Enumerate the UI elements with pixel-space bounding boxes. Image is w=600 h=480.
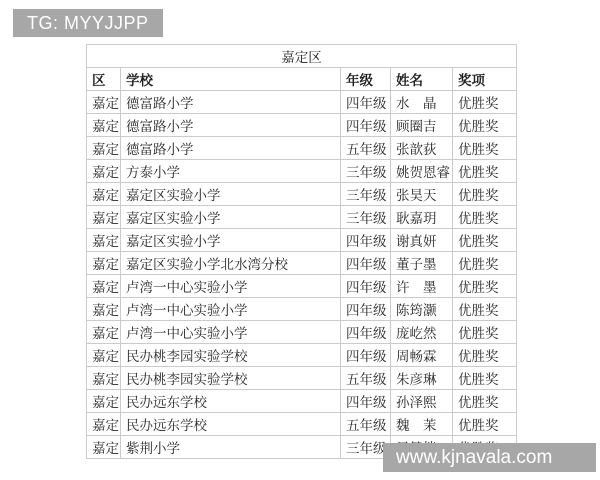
website-watermark: www.kjnavala.com [383,443,596,472]
cell-school: 卢湾一中心实验小学 [121,298,341,321]
table-row: 嘉定德富路小学四年级顾圈吉优胜奖 [87,114,517,137]
cell-district: 嘉定 [87,390,121,413]
table-row: 嘉定卢湾一中心实验小学四年级庞屹然优胜奖 [87,321,517,344]
cell-district: 嘉定 [87,436,121,459]
cell-grade: 三年级 [341,160,391,183]
cell-school: 方泰小学 [121,160,341,183]
cell-award: 优胜奖 [453,275,517,298]
cell-district: 嘉定 [87,252,121,275]
award-table-container: 嘉定区 区 学校 年级 姓名 奖项 嘉定德富路小学四年级水 晶优胜奖嘉定德富路小… [86,44,516,459]
cell-award: 优胜奖 [453,91,517,114]
cell-grade: 四年级 [341,275,391,298]
table-row: 嘉定嘉定区实验小学三年级耿嘉玥优胜奖 [87,206,517,229]
cell-district: 嘉定 [87,91,121,114]
cell-district: 嘉定 [87,160,121,183]
cell-name: 许 墨 [391,275,453,298]
cell-school: 卢湾一中心实验小学 [121,275,341,298]
cell-name: 庞屹然 [391,321,453,344]
header-grade: 年级 [341,68,391,91]
cell-district: 嘉定 [87,413,121,436]
cell-name: 陈筠灏 [391,298,453,321]
cell-school: 卢湾一中心实验小学 [121,321,341,344]
table-row: 嘉定嘉定区实验小学北水湾分校四年级董子墨优胜奖 [87,252,517,275]
cell-name: 谢真妍 [391,229,453,252]
title-row: 嘉定区 [87,45,517,68]
cell-grade: 五年级 [341,413,391,436]
cell-school: 德富路小学 [121,137,341,160]
cell-name: 水 晶 [391,91,453,114]
table-row: 嘉定卢湾一中心实验小学四年级陈筠灏优胜奖 [87,298,517,321]
table-row: 嘉定民办远东学校四年级孙泽熙优胜奖 [87,390,517,413]
cell-name: 孙泽熙 [391,390,453,413]
table-row: 嘉定民办远东学校五年级魏 茉优胜奖 [87,413,517,436]
award-table: 嘉定区 区 学校 年级 姓名 奖项 嘉定德富路小学四年级水 晶优胜奖嘉定德富路小… [86,44,517,459]
table-title: 嘉定区 [87,45,517,68]
cell-school: 民办桃李园实验学校 [121,344,341,367]
table-row: 嘉定德富路小学四年级水 晶优胜奖 [87,91,517,114]
cell-school: 民办远东学校 [121,413,341,436]
cell-district: 嘉定 [87,275,121,298]
table-body: 嘉定德富路小学四年级水 晶优胜奖嘉定德富路小学四年级顾圈吉优胜奖嘉定德富路小学五… [87,91,517,459]
header-row: 区 学校 年级 姓名 奖项 [87,68,517,91]
cell-school: 德富路小学 [121,91,341,114]
cell-school: 紫荆小学 [121,436,341,459]
table-row: 嘉定嘉定区实验小学四年级谢真妍优胜奖 [87,229,517,252]
cell-district: 嘉定 [87,321,121,344]
table-row: 嘉定德富路小学五年级张歆荻优胜奖 [87,137,517,160]
cell-district: 嘉定 [87,367,121,390]
cell-district: 嘉定 [87,298,121,321]
cell-district: 嘉定 [87,206,121,229]
cell-grade: 四年级 [341,114,391,137]
cell-school: 德富路小学 [121,114,341,137]
cell-award: 优胜奖 [453,367,517,390]
cell-school: 民办桃李园实验学校 [121,367,341,390]
table-row: 嘉定方泰小学三年级姚贺恩睿优胜奖 [87,160,517,183]
cell-grade: 四年级 [341,298,391,321]
cell-grade: 四年级 [341,321,391,344]
cell-grade: 五年级 [341,137,391,160]
cell-award: 优胜奖 [453,137,517,160]
cell-school: 嘉定区实验小学北水湾分校 [121,252,341,275]
cell-grade: 四年级 [341,252,391,275]
cell-grade: 五年级 [341,367,391,390]
header-name: 姓名 [391,68,453,91]
telegram-watermark: TG: MYYJJPP [13,9,163,37]
cell-district: 嘉定 [87,114,121,137]
cell-name: 张昊天 [391,183,453,206]
cell-district: 嘉定 [87,229,121,252]
table-row: 嘉定民办桃李园实验学校四年级周畅霖优胜奖 [87,344,517,367]
header-award: 奖项 [453,68,517,91]
header-school: 学校 [121,68,341,91]
table-row: 嘉定民办桃李园实验学校五年级朱彦琳优胜奖 [87,367,517,390]
table-row: 嘉定嘉定区实验小学三年级张昊天优胜奖 [87,183,517,206]
cell-name: 魏 茉 [391,413,453,436]
cell-award: 优胜奖 [453,229,517,252]
cell-school: 嘉定区实验小学 [121,206,341,229]
cell-award: 优胜奖 [453,252,517,275]
cell-grade: 三年级 [341,183,391,206]
cell-award: 优胜奖 [453,206,517,229]
cell-district: 嘉定 [87,344,121,367]
cell-award: 优胜奖 [453,413,517,436]
cell-school: 嘉定区实验小学 [121,229,341,252]
cell-grade: 三年级 [341,206,391,229]
cell-grade: 四年级 [341,344,391,367]
cell-district: 嘉定 [87,137,121,160]
cell-name: 周畅霖 [391,344,453,367]
cell-name: 张歆荻 [391,137,453,160]
cell-school: 民办远东学校 [121,390,341,413]
cell-name: 姚贺恩睿 [391,160,453,183]
cell-award: 优胜奖 [453,321,517,344]
cell-grade: 四年级 [341,229,391,252]
cell-name: 耿嘉玥 [391,206,453,229]
table-row: 嘉定卢湾一中心实验小学四年级许 墨优胜奖 [87,275,517,298]
cell-award: 优胜奖 [453,344,517,367]
cell-name: 朱彦琳 [391,367,453,390]
cell-award: 优胜奖 [453,183,517,206]
cell-grade: 四年级 [341,390,391,413]
cell-award: 优胜奖 [453,114,517,137]
cell-school: 嘉定区实验小学 [121,183,341,206]
cell-name: 董子墨 [391,252,453,275]
cell-award: 优胜奖 [453,390,517,413]
header-district: 区 [87,68,121,91]
cell-award: 优胜奖 [453,160,517,183]
cell-district: 嘉定 [87,183,121,206]
cell-name: 顾圈吉 [391,114,453,137]
cell-award: 优胜奖 [453,298,517,321]
cell-grade: 四年级 [341,91,391,114]
